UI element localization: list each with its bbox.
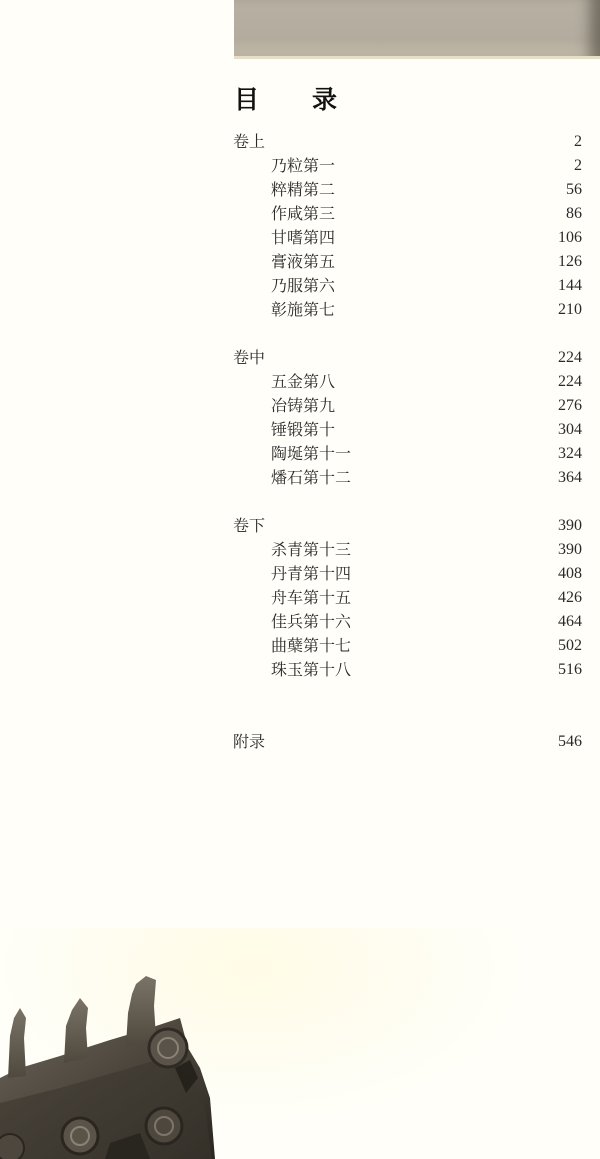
toc-entry[interactable]: 杀青第十三 390 xyxy=(233,538,582,562)
toc-entry[interactable]: 粹精第二 56 xyxy=(233,178,582,202)
roof-ridge-figures-image xyxy=(0,928,600,1159)
toc-section-juan-shang[interactable]: 卷上 2 xyxy=(233,130,582,154)
toc-page-number: 426 xyxy=(558,586,582,610)
table-of-contents: 卷上 2 乃粒第一 2 粹精第二 56 作咸第三 86 甘嗜第四 106 膏液第… xyxy=(233,130,582,754)
toc-section-juan-xia[interactable]: 卷下 390 xyxy=(233,514,582,538)
toc-page-number: 464 xyxy=(558,610,582,634)
toc-label: 佳兵第十六 xyxy=(233,610,351,634)
toc-label: 卷中 xyxy=(233,346,265,370)
toc-label: 曲蘖第十七 xyxy=(233,634,351,658)
toc-label: 膏液第五 xyxy=(233,250,335,274)
toc-page-number: 2 xyxy=(574,154,582,178)
toc-entry[interactable]: 膏液第五 126 xyxy=(233,250,582,274)
page-title: 目 录 xyxy=(234,80,337,114)
page-title-char-1: 目 xyxy=(234,80,259,114)
toc-label: 作咸第三 xyxy=(233,202,335,226)
top-photo-band xyxy=(234,0,600,57)
toc-page-number: 390 xyxy=(558,514,582,538)
toc-entry[interactable]: 佳兵第十六 464 xyxy=(233,610,582,634)
page-title-char-2: 录 xyxy=(312,80,337,114)
toc-label: 杀青第十三 xyxy=(233,538,351,562)
toc-entry[interactable]: 彰施第七 210 xyxy=(233,298,582,322)
toc-label: 附录 xyxy=(233,730,265,754)
toc-entry[interactable]: 作咸第三 86 xyxy=(233,202,582,226)
toc-label: 卷上 xyxy=(233,130,265,154)
toc-label: 丹青第十四 xyxy=(233,562,351,586)
toc-label: 乃服第六 xyxy=(233,274,335,298)
toc-entry[interactable]: 陶埏第十一 324 xyxy=(233,442,582,466)
toc-entry[interactable]: 珠玉第十八 516 xyxy=(233,658,582,682)
toc-page-number: 224 xyxy=(558,370,582,394)
section-spacer xyxy=(233,682,582,730)
toc-page-number: 210 xyxy=(558,298,582,322)
toc-label: 舟车第十五 xyxy=(233,586,351,610)
toc-page-number: 86 xyxy=(566,202,582,226)
toc-page-number: 364 xyxy=(558,466,582,490)
toc-entry[interactable]: 锤锻第十 304 xyxy=(233,418,582,442)
toc-label: 陶埏第十一 xyxy=(233,442,351,466)
toc-section-juan-zhong[interactable]: 卷中 224 xyxy=(233,346,582,370)
toc-page-number: 126 xyxy=(558,250,582,274)
toc-page-number: 144 xyxy=(558,274,582,298)
toc-label: 粹精第二 xyxy=(233,178,335,202)
toc-entry[interactable]: 燔石第十二 364 xyxy=(233,466,582,490)
toc-page-number: 546 xyxy=(558,730,582,754)
roof-ridge-photo xyxy=(0,928,600,1159)
toc-page-number: 2 xyxy=(574,130,582,154)
toc-label: 五金第八 xyxy=(233,370,335,394)
toc-entry[interactable]: 丹青第十四 408 xyxy=(233,562,582,586)
toc-label: 锤锻第十 xyxy=(233,418,335,442)
toc-page-number: 408 xyxy=(558,562,582,586)
toc-page-number: 304 xyxy=(558,418,582,442)
toc-page-number: 502 xyxy=(558,634,582,658)
toc-label: 卷下 xyxy=(233,514,265,538)
toc-entry[interactable]: 冶铸第九 276 xyxy=(233,394,582,418)
toc-entry[interactable]: 乃服第六 144 xyxy=(233,274,582,298)
toc-page-number: 324 xyxy=(558,442,582,466)
toc-entry[interactable]: 甘嗜第四 106 xyxy=(233,226,582,250)
toc-page-number: 56 xyxy=(566,178,582,202)
section-spacer xyxy=(233,490,582,514)
toc-label: 乃粒第一 xyxy=(233,154,335,178)
toc-entry[interactable]: 五金第八 224 xyxy=(233,370,582,394)
toc-label: 甘嗜第四 xyxy=(233,226,335,250)
toc-page-number: 516 xyxy=(558,658,582,682)
toc-label: 燔石第十二 xyxy=(233,466,351,490)
toc-page-number: 390 xyxy=(558,538,582,562)
toc-page-number: 224 xyxy=(558,346,582,370)
toc-entry[interactable]: 舟车第十五 426 xyxy=(233,586,582,610)
toc-label: 冶铸第九 xyxy=(233,394,335,418)
toc-entry[interactable]: 曲蘖第十七 502 xyxy=(233,634,582,658)
toc-appendix[interactable]: 附录 546 xyxy=(233,730,582,754)
toc-entry[interactable]: 乃粒第一 2 xyxy=(233,154,582,178)
toc-page-number: 276 xyxy=(558,394,582,418)
section-spacer xyxy=(233,322,582,346)
toc-page-number: 106 xyxy=(558,226,582,250)
toc-label: 彰施第七 xyxy=(233,298,335,322)
toc-label: 珠玉第十八 xyxy=(233,658,351,682)
